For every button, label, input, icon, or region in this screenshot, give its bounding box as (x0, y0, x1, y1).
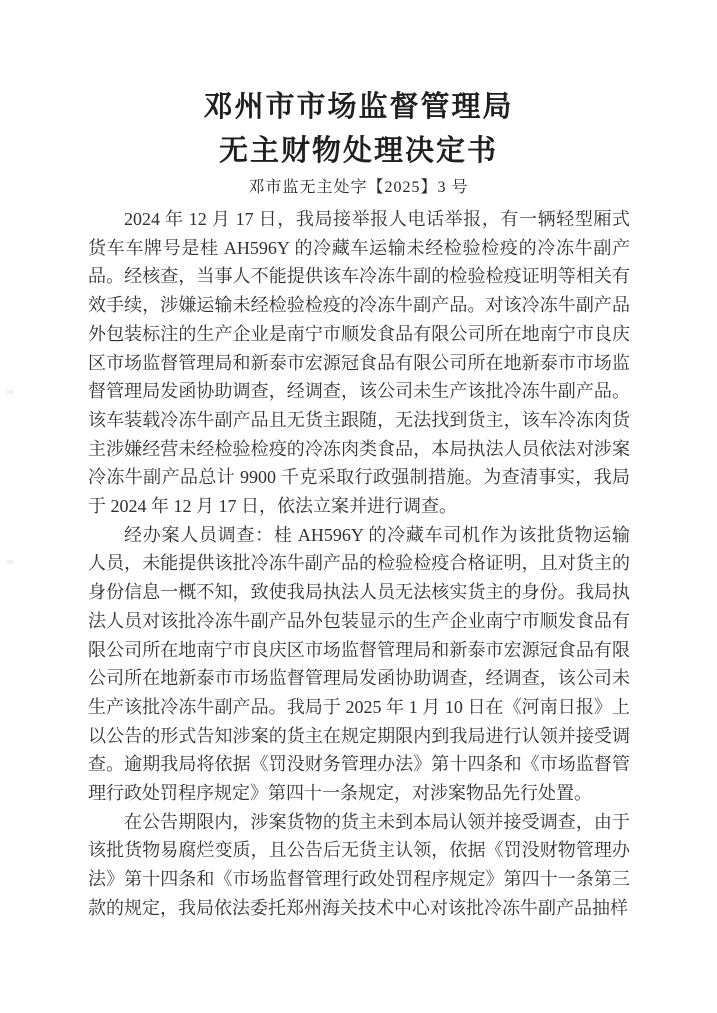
document-title-line2: 无主财物处理决定书 (0, 129, 717, 173)
scan-artifact (6, 560, 14, 564)
paragraph-disposal-decision: 在公告期限内，涉案货物的货主未到本局认领并接受调查，由于该批货物易腐烂变质，且公… (88, 808, 630, 923)
document-header: 邓州市市场监督管理局 无主财物处理决定书 邓市监无主处字【2025】3 号 (0, 0, 717, 199)
paragraph-investigation: 经办案人员调查：桂 AH596Y 的冷藏车司机作为该批货物运输人员，未能提供该批… (88, 521, 630, 808)
document-body: 2024 年 12 月 17 日，我局接举报人电话举报，有一辆轻型厢式货车车牌号… (88, 205, 630, 923)
scan-artifact (6, 390, 14, 394)
document-title-line1: 邓州市市场监督管理局 (0, 85, 717, 129)
paragraph-case-origin: 2024 年 12 月 17 日，我局接举报人电话举报，有一辆轻型厢式货车车牌号… (88, 205, 630, 521)
scanned-document-page: 邓州市市场监督管理局 无主财物处理决定书 邓市监无主处字【2025】3 号 20… (0, 0, 717, 1013)
document-number: 邓市监无主处字【2025】3 号 (0, 177, 717, 199)
